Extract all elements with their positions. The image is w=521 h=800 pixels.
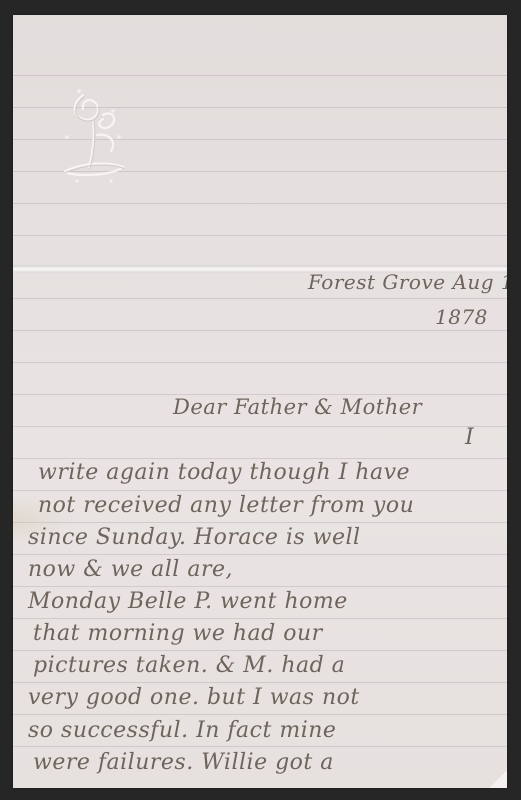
ruled-line	[13, 618, 507, 619]
ruled-line	[13, 490, 507, 491]
letter-line-7: pictures taken. & M. had a	[33, 653, 345, 678]
ruled-line	[13, 714, 507, 715]
letter-line-4: now & we all are,	[28, 557, 233, 582]
letter-line-9: so successful. In fact mine	[28, 718, 336, 743]
ruled-line	[13, 746, 507, 747]
salutation: Dear Father & Mother	[173, 395, 422, 419]
place-date: Forest Grove Aug 14	[308, 270, 507, 294]
letter-line-2: not received any letter from you	[38, 493, 414, 518]
ruled-line	[13, 426, 507, 427]
ruled-line	[13, 362, 507, 363]
embossed-monogram-icon	[53, 75, 143, 195]
ruled-line	[13, 682, 507, 683]
ruled-line	[13, 235, 507, 236]
paper-corner-curl	[489, 770, 507, 788]
letter-page: Forest Grove Aug 14 1878 Dear Father & M…	[13, 15, 507, 788]
ruled-line	[13, 554, 507, 555]
year: 1878	[435, 305, 488, 329]
ruled-line	[13, 650, 507, 651]
letter-line-5: Monday Belle P. went home	[28, 589, 348, 614]
letter-line-10: were failures. Willie got a	[33, 750, 334, 775]
opening-initial: I	[465, 425, 474, 450]
letter-line-1: write again today though I have	[38, 460, 410, 485]
ruled-line	[13, 586, 507, 587]
ruled-line	[13, 522, 507, 523]
ruled-line	[13, 298, 507, 299]
ruled-line	[13, 203, 507, 204]
letter-line-3: since Sunday. Horace is well	[28, 525, 361, 550]
ruled-line	[13, 458, 507, 459]
letter-line-8: very good one. but I was not	[28, 685, 360, 710]
letter-line-6: that morning we had our	[33, 621, 323, 646]
ruled-line	[13, 330, 507, 331]
